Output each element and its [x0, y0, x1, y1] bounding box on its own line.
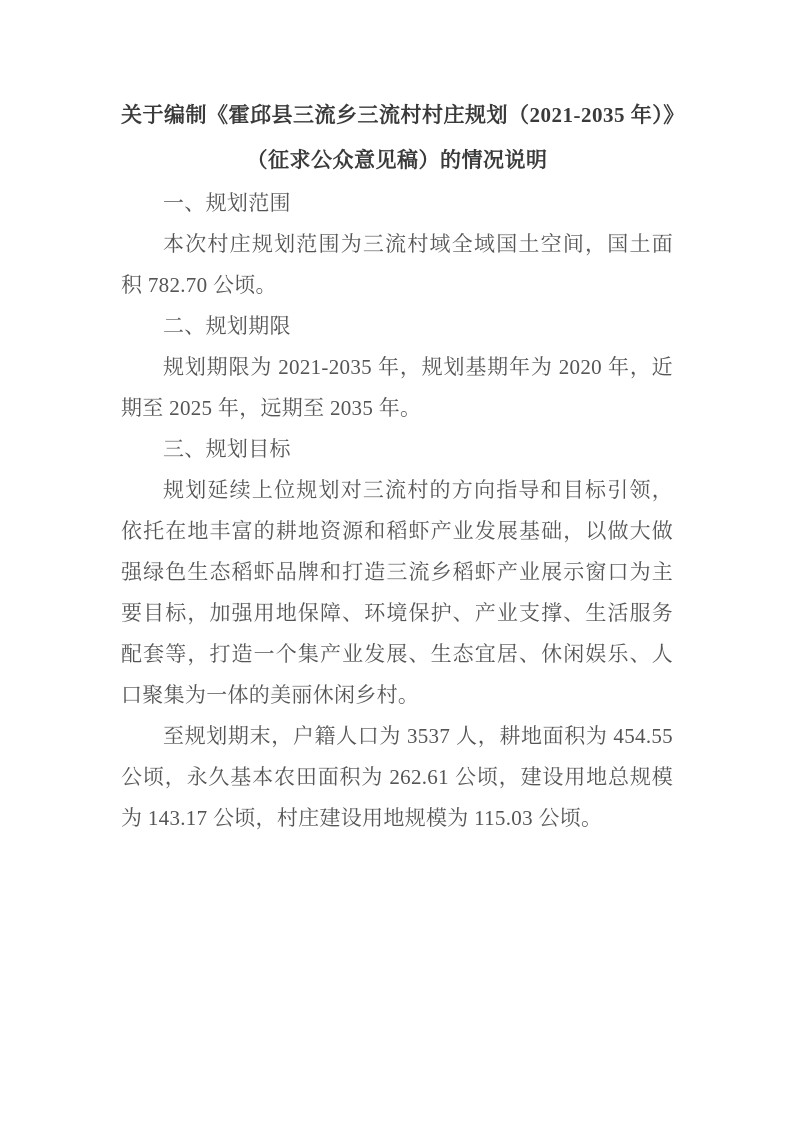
section-heading-planning-scope: 一、规划范围 [121, 183, 673, 224]
document-body: 一、规划范围 本次村庄规划范围为三流村域全域国土空间，国土面积 782.70 公… [121, 183, 673, 839]
document-page: 关于编制《霍邱县三流乡三流村村庄规划（2021-2035 年）》 （征求公众意见… [0, 0, 793, 1122]
paragraph-planning-goals-vision: 规划延续上位规划对三流村的方向指导和目标引领，依托在地丰富的耕地资源和稻虾产业发… [121, 470, 673, 716]
paragraph-planning-scope: 本次村庄规划范围为三流村域全域国土空间，国土面积 782.70 公顷。 [121, 224, 673, 306]
document-title-line-2: （征求公众意见稿）的情况说明 [121, 138, 673, 183]
section-heading-planning-period: 二、规划期限 [121, 306, 673, 347]
section-heading-planning-goals: 三、规划目标 [121, 429, 673, 470]
paragraph-planning-goals-figures: 至规划期末，户籍人口为 3537 人，耕地面积为 454.55 公顷，永久基本农… [121, 716, 673, 839]
paragraph-planning-period: 规划期限为 2021-2035 年，规划基期年为 2020 年，近期至 2025… [121, 347, 673, 429]
document-title: 关于编制《霍邱县三流乡三流村村庄规划（2021-2035 年）》 （征求公众意见… [121, 93, 673, 183]
document-title-line-1: 关于编制《霍邱县三流乡三流村村庄规划（2021-2035 年）》 [121, 93, 673, 138]
